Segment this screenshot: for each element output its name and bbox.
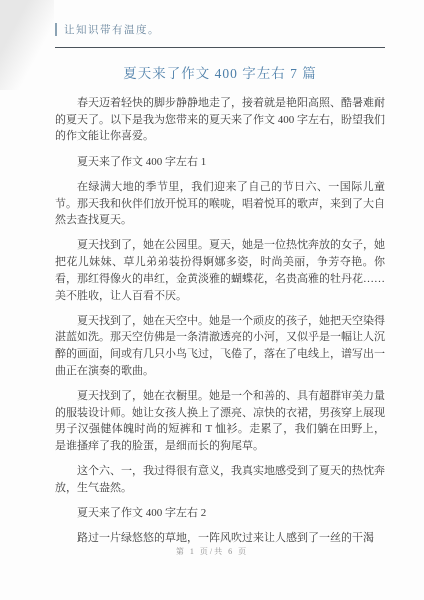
- body-paragraph: 这个六、一，我过得很有意义，我真实地感受到了夏天的热忱奔放，生气盎然。: [55, 463, 385, 496]
- body-paragraph: 夏天找到了，她在衣橱里。她是一个和善的、具有超群审美力量的服装设计师。她让女孩人…: [55, 388, 385, 455]
- page-corner-shadow: [0, 0, 54, 90]
- body-paragraph: 夏天找到了，她在公园里。夏天，她是一位热忱奔放的女子，她把花儿妹妹、草儿弟弟装扮…: [55, 237, 385, 304]
- page-indicator: 第 1 页/共 6 页: [176, 547, 248, 556]
- document-page: 让知识带有温度。 夏天来了作文 400 字左右 7 篇 春天迈着轻快的脚步静静地…: [0, 0, 424, 600]
- body-paragraph: 春天迈着轻快的脚步静静地走了，接着就是艳阳高照、酷暑难耐的夏天了。以下是我为您带…: [55, 95, 385, 145]
- header-divider: [55, 47, 385, 48]
- section-heading: 夏天来了作文 400 字左右 2: [55, 505, 385, 522]
- slogan-accent-bar: [55, 23, 57, 36]
- section-heading: 夏天来了作文 400 字左右 1: [55, 154, 385, 171]
- body-paragraph: 在绿满大地的季节里，我们迎来了自己的节日六、一国际儿童节。那天我和伙伴们放开悦耳…: [55, 179, 385, 229]
- body-paragraph: 夏天找到了，她在天空中。她是一个顽皮的孩子，她把天空染得湛蓝如洗。那天空仿佛是一…: [55, 313, 385, 380]
- document-title: 夏天来了作文 400 字左右 7 篇: [55, 62, 385, 82]
- document-header: 让知识带有温度。: [55, 22, 385, 37]
- page-footer: 第 1 页/共 6 页: [0, 546, 424, 557]
- brand-slogan: 让知识带有温度。: [64, 22, 160, 37]
- body-paragraph: 路过一片绿悠悠的草地，一阵风吹过来让人感到了一丝的干渴: [55, 530, 385, 547]
- document-body: 春天迈着轻快的脚步静静地走了，接着就是艳阳高照、酷暑难耐的夏天了。以下是我为您带…: [55, 95, 385, 547]
